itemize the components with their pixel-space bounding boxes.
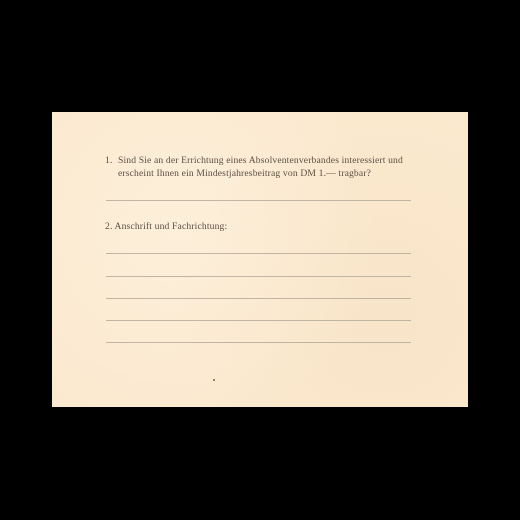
answer-line-q2-4[interactable] — [106, 320, 411, 321]
answer-line-q2-3[interactable] — [106, 298, 411, 299]
questionnaire-card: 1.Sind Sie an der Errichtung eines Absol… — [52, 112, 468, 407]
answer-line-q2-5[interactable] — [106, 342, 411, 343]
answer-line-q2-2[interactable] — [106, 276, 411, 277]
answer-line-q2-1[interactable] — [106, 253, 411, 254]
question-1-number: 1. — [105, 154, 118, 167]
question-1-line-2: erscheint Ihnen ein Mindestjahresbeitrag… — [105, 167, 403, 180]
question-1: 1.Sind Sie an der Errichtung eines Absol… — [105, 154, 403, 180]
question-2: 2. Anschrift und Fachrichtung: — [105, 220, 227, 233]
question-2-number: 2. — [105, 221, 113, 232]
answer-line-q1[interactable] — [106, 200, 411, 201]
question-2-text: Anschrift und Fachrichtung: — [115, 221, 228, 232]
paper-speck — [213, 379, 215, 381]
question-1-line-1: Sind Sie an der Errichtung eines Absolve… — [118, 155, 403, 166]
